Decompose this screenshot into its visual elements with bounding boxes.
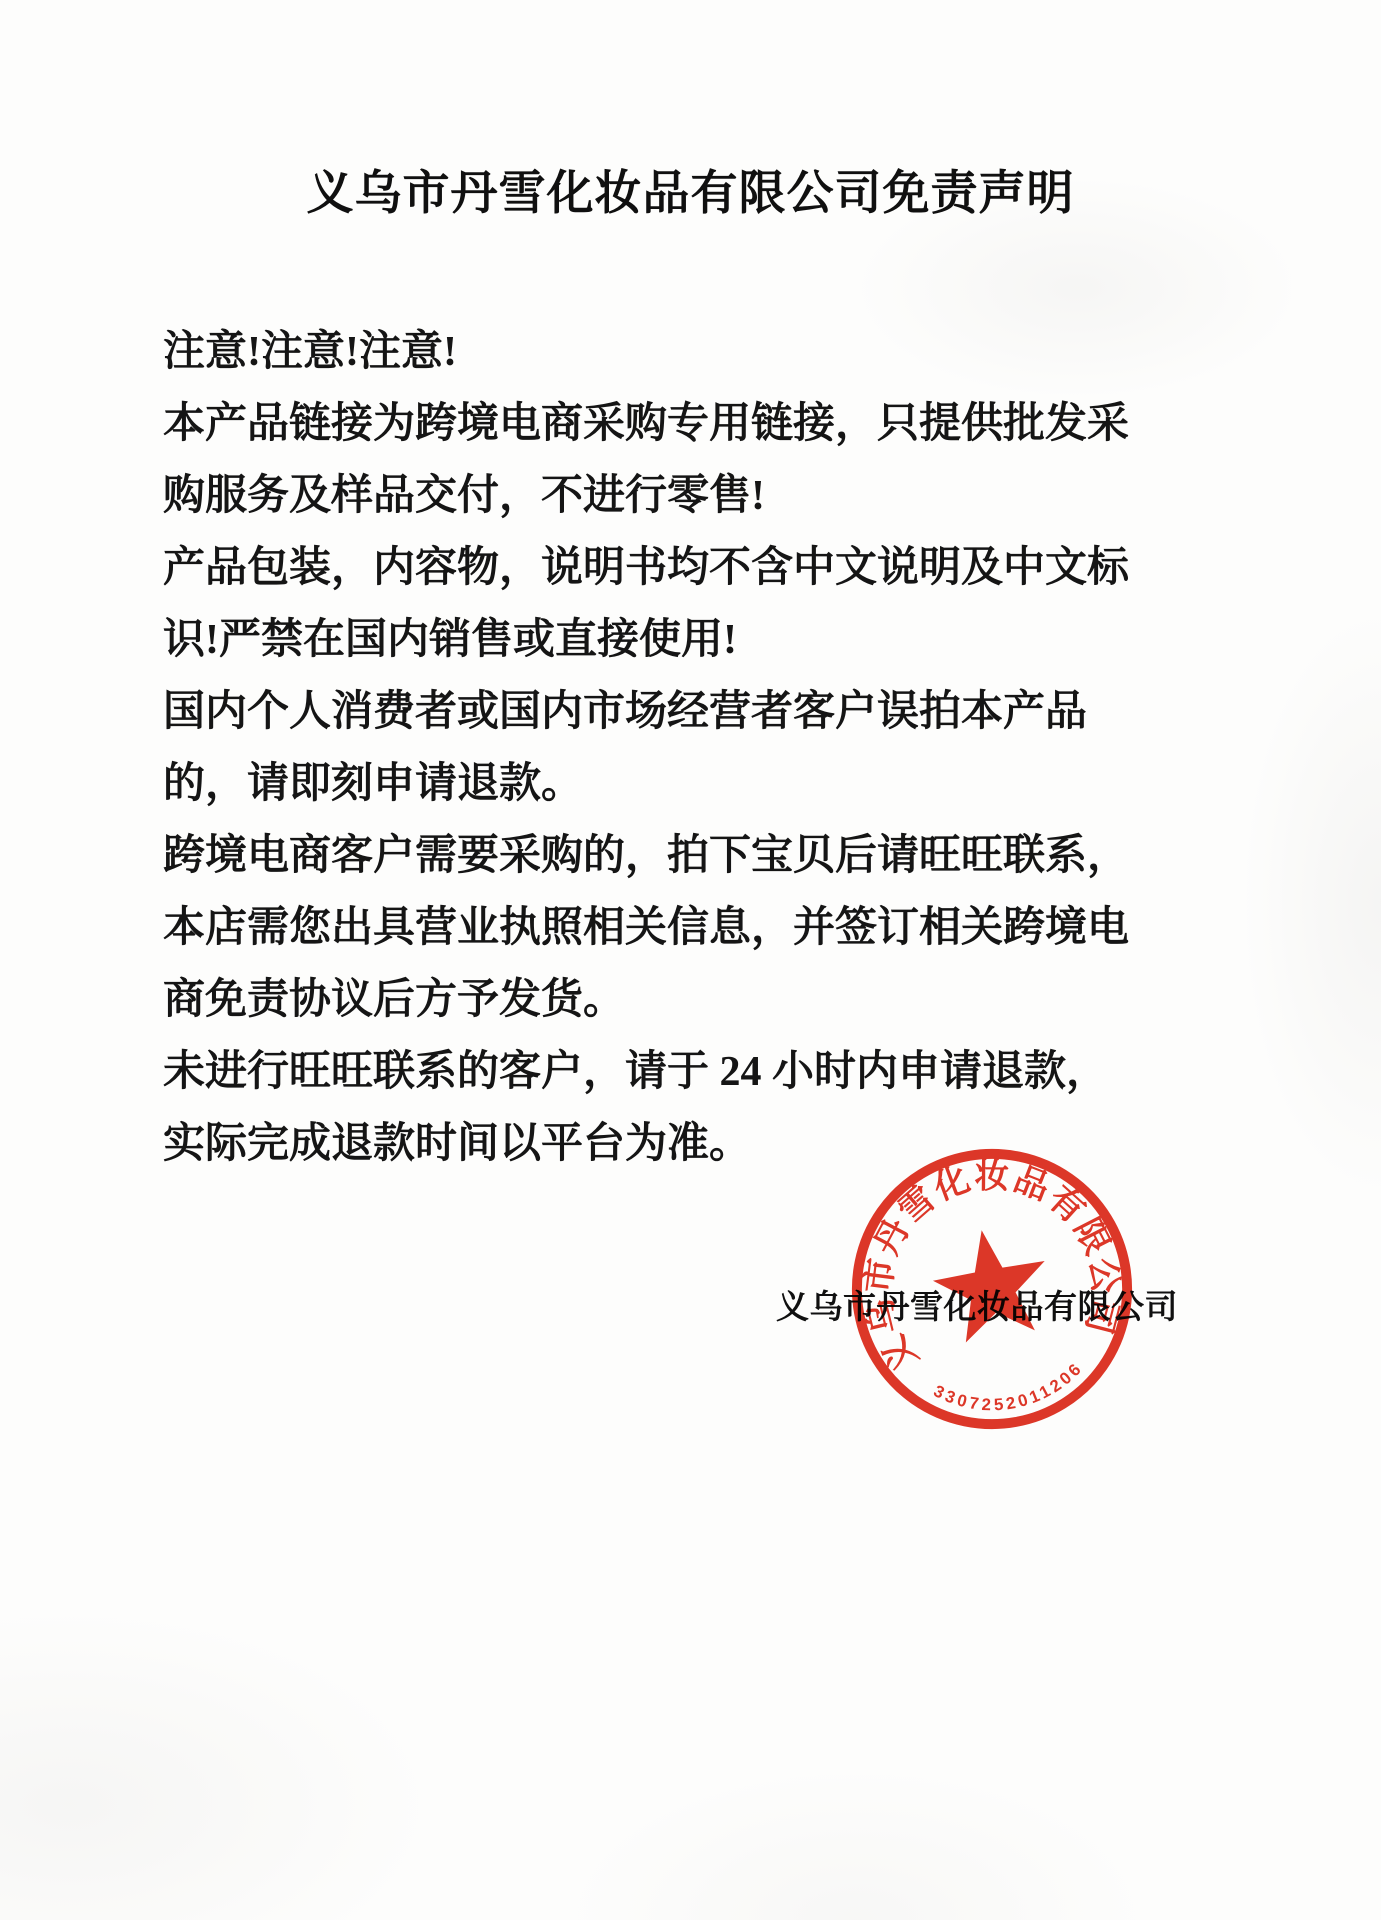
body-line: 的，请即刻申请退款。 bbox=[163, 748, 1208, 820]
seal-star-icon bbox=[926, 1220, 1056, 1346]
body-line: 本产品链接为跨境电商采购专用链接，只提供批发采 bbox=[163, 388, 1208, 460]
page-title: 义乌市丹雪化妆品有限公司免责声明 bbox=[0, 156, 1381, 223]
body-line: 识!严禁在国内销售或直接使用! bbox=[163, 604, 1208, 676]
document-body: 注意!注意!注意! 本产品链接为跨境电商采购专用链接，只提供批发采 购服务及样品… bbox=[163, 316, 1208, 1180]
body-line: 国内个人消费者或国内市场经营者客户误拍本产品 bbox=[163, 676, 1208, 748]
body-line: 跨境电商客户需要采购的，拍下宝贝后请旺旺联系， bbox=[163, 820, 1208, 892]
body-line: 商免责协议后方予发货。 bbox=[163, 964, 1208, 1036]
body-line: 未进行旺旺联系的客户，请于 24 小时内申请退款， bbox=[163, 1036, 1208, 1108]
body-line: 购服务及样品交付，不进行零售! bbox=[163, 460, 1208, 532]
scanned-disclaimer-page: { "document": { "title": "义乌市丹雪化妆品有限公司免责… bbox=[0, 0, 1381, 1920]
body-line: 产品包装，内容物，说明书均不含中文说明及中文标 bbox=[163, 532, 1208, 604]
body-line-attention: 注意!注意!注意! bbox=[163, 316, 1208, 388]
seal-graphic: 义乌市丹雪化妆品有限公司 3307252011206 bbox=[819, 1116, 1164, 1461]
body-line: 本店需您出具营业执照相关信息，并签订相关跨境电 bbox=[163, 892, 1208, 964]
company-seal-stamp: 义乌市丹雪化妆品有限公司 3307252011206 bbox=[819, 1116, 1164, 1461]
